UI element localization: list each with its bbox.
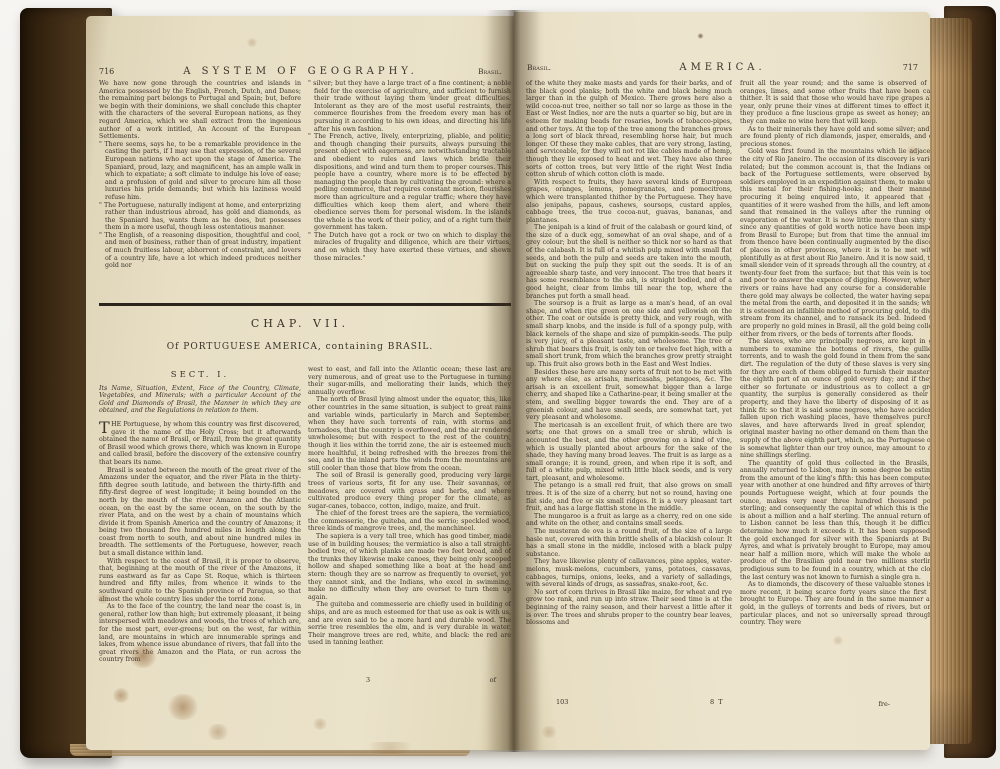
paragraph: " There seems, says he, to be a remarkab…	[99, 141, 301, 202]
paragraph: The slaves, who are principally negroes,…	[740, 338, 930, 460]
section-argument: Its Name, Situation, Extent, Face of the…	[99, 385, 301, 415]
left-column-2-top: " silver; but they have a large tract of…	[308, 80, 511, 300]
paragraph: The guiteba and commesserie are chiefly …	[308, 601, 511, 647]
paragraph: fruit all the year round; and the same i…	[740, 80, 930, 126]
paragraph: The mungaroo is a fruit as large as a ch…	[526, 513, 732, 528]
paragraph: We have now gone through the countries a…	[99, 80, 301, 141]
photograph-background: 716 A SYSTEM OF GEOGRAPHY. Brasil. We ha…	[0, 0, 1000, 769]
paragraph: Brasil is seated between the mouth of th…	[99, 467, 301, 558]
left-column-1-bottom-text: THE Portuguese, by whom this country was…	[99, 421, 301, 664]
paragraph: " The Dutch have got a rock or two on wh…	[308, 232, 511, 262]
chapter-title: Of PORTUGUESE AMERICA, containing BRASIL…	[86, 342, 514, 352]
paragraph: " silver; but they have a large tract of…	[308, 80, 511, 133]
paragraph: The mericasah is an excellent fruit, of …	[526, 422, 732, 483]
paragraph: " The Portuguese, naturally indigent at …	[99, 202, 301, 232]
paragraph: " The French, active, lively, enterprizi…	[308, 133, 511, 232]
paragraph: Gold was first found in the mountains wh…	[740, 148, 930, 338]
right-press-figure: 103	[556, 698, 568, 706]
paragraph: With respect to fruits, they have severa…	[526, 179, 732, 225]
left-page-header: 716 A SYSTEM OF GEOGRAPHY. Brasil.	[99, 66, 502, 77]
paragraph: With respect to the coast of Brasil, it …	[99, 558, 301, 604]
paragraph: The quantity of gold thus collected in t…	[740, 460, 930, 582]
chapter-divider-rule	[99, 303, 511, 306]
paragraph: The musteran de ova is a round fruit, of…	[526, 528, 732, 558]
paragraph: The sapiera is a very tall tree, which h…	[308, 533, 511, 601]
left-column-1-bottom: SECT. I. Its Name, Situation, Extent, Fa…	[99, 366, 301, 676]
paragraph: The soursop is a fruit as large as a man…	[526, 300, 732, 368]
paragraph: The jenipah is a kind of fruit of the ca…	[526, 224, 732, 300]
right-column-1: of the white they make masts and yards f…	[526, 80, 732, 698]
right-page: Brasil. AMERICA. 717 of the white they m…	[514, 12, 930, 750]
paragraph: The petango is a small red fruit, that a…	[526, 482, 732, 512]
paragraph: " The English, of a reasoning dispositio…	[99, 232, 301, 270]
left-column-2-bottom: west to east, and fall into the Atlantic…	[308, 366, 511, 676]
paragraph: As to diamonds, the discovery of these v…	[740, 581, 930, 627]
left-running-title: A SYSTEM OF GEOGRAPHY.	[139, 66, 462, 77]
paragraph: The soil of Brasil is generally good, pr…	[308, 472, 511, 510]
chapter-heading: CHAP. VII.	[86, 317, 514, 330]
right-side-label: Brasil.	[527, 63, 567, 72]
paragraph: of the white they make masts and yards f…	[526, 80, 732, 179]
paragraph: west to east, and fall into the Atlantic…	[308, 366, 511, 396]
right-catchword: fre-	[878, 700, 890, 708]
left-side-label: Brasil.	[462, 67, 502, 76]
left-column-1-top: We have now gone through the countries a…	[99, 80, 301, 300]
right-column-2: fruit all the year round; and the same i…	[740, 80, 930, 698]
right-page-header: Brasil. AMERICA. 717	[527, 62, 918, 73]
left-page-number: 716	[99, 67, 139, 76]
paragraph: They have likewise plenty of callavances…	[526, 558, 732, 588]
right-signature-mark: 8 T	[710, 698, 724, 706]
paragraph: The north of Brasil lying almost under t…	[308, 396, 511, 472]
right-page-number: 717	[878, 63, 918, 72]
page-block-fore-edge	[928, 18, 972, 744]
left-page: 716 A SYSTEM OF GEOGRAPHY. Brasil. We ha…	[86, 16, 514, 750]
left-press-figure: 3	[366, 676, 370, 684]
paragraph: Besides these here are many sorts of fru…	[526, 369, 732, 422]
section-heading: SECT. I.	[99, 372, 301, 380]
paragraph: THE Portuguese, by whom this country was…	[99, 421, 301, 467]
paragraph: As to the face of the country, the land …	[99, 603, 301, 664]
right-running-title: AMERICA.	[567, 62, 878, 73]
paragraph: The chief of the forest trees are the sa…	[308, 510, 511, 533]
paragraph: No sort of corn thrives in Brasil like m…	[526, 589, 732, 627]
left-catchword: of	[490, 676, 496, 684]
paragraph: As to their minerals they have gold and …	[740, 126, 930, 149]
